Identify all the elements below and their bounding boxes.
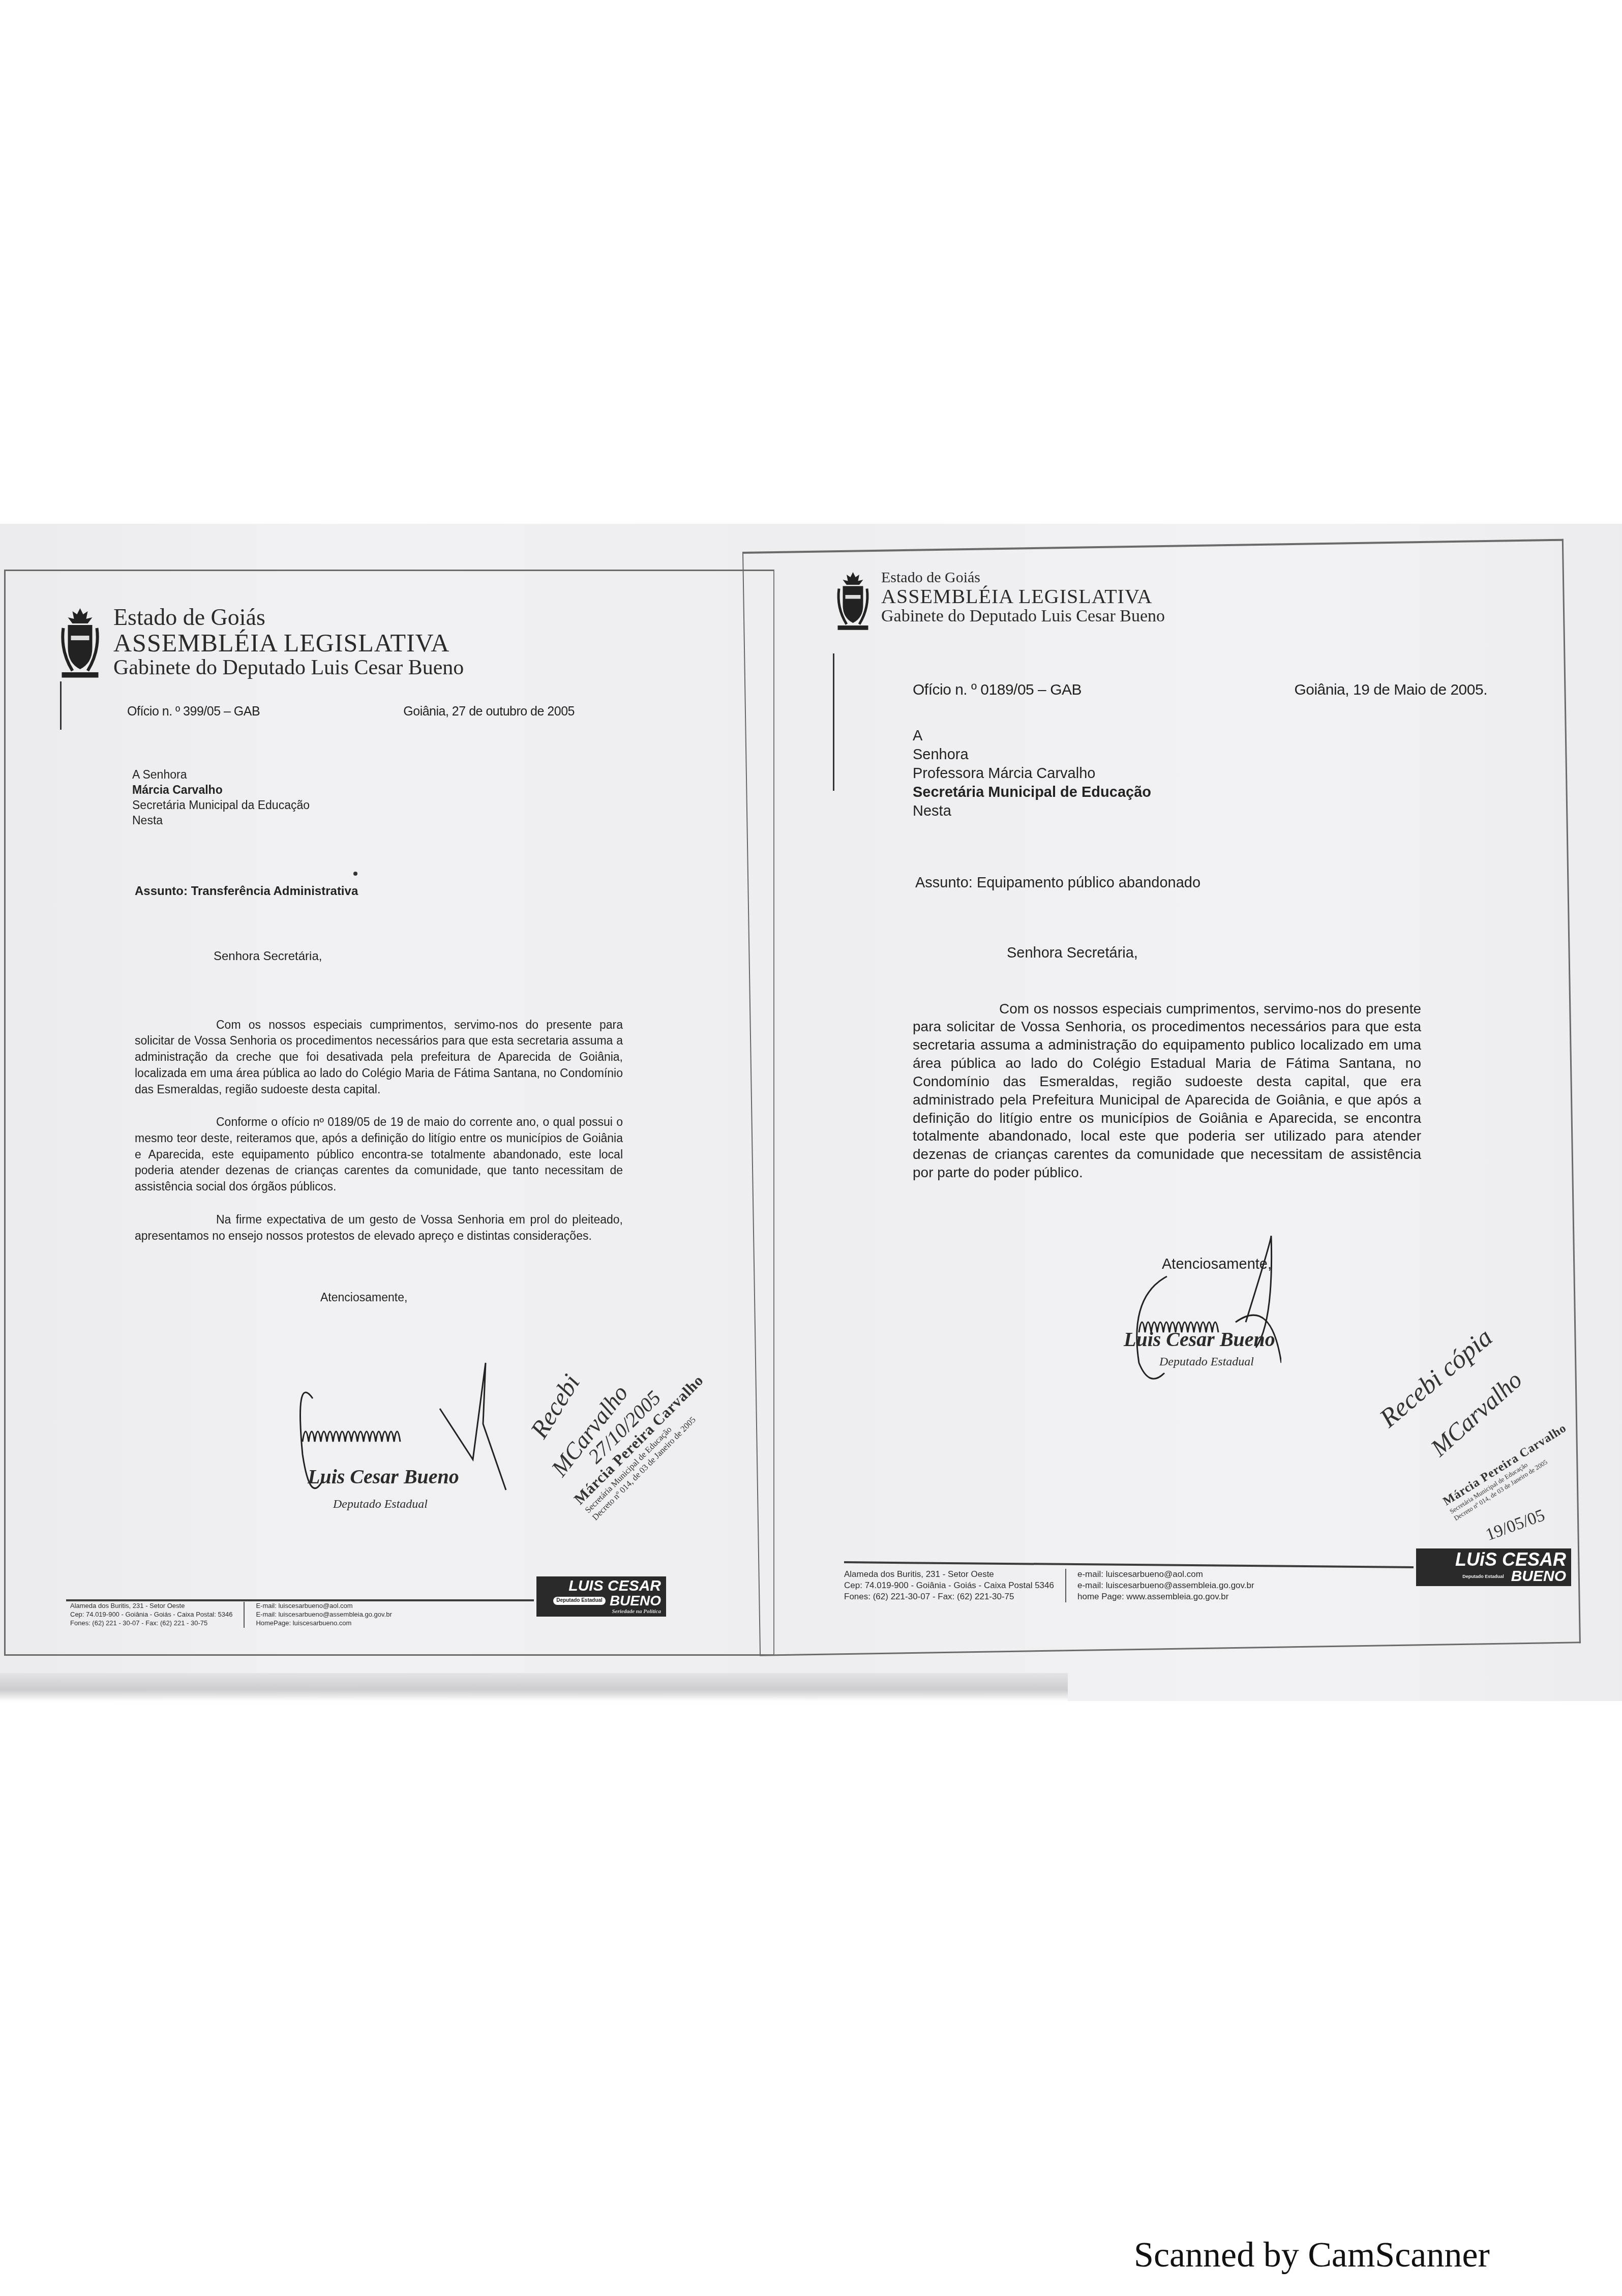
- scan-edge-shadow: [0, 1673, 1068, 1701]
- logo-badge: Deputado Estadual: [1459, 1573, 1507, 1581]
- body-paragraph: Com os nossos especiais cumprimentos, se…: [135, 1017, 623, 1098]
- margin-rule: [60, 681, 62, 730]
- footer-address: Alameda dos Buritis, 231 - Setor Oeste C…: [70, 1602, 232, 1628]
- letter-oficio-399: Estado de Goiás ASSEMBLÉIA LEGISLATIVA G…: [56, 605, 656, 1304]
- reference-number: Ofício n. º 399/05 – GAB: [127, 704, 260, 719]
- recipient-role: Secretária Municipal de Educação: [913, 783, 1525, 802]
- signatory-title: Deputado Estadual: [1159, 1355, 1254, 1369]
- logo-tagline: Seriedade na Política: [542, 1609, 661, 1615]
- letter-date: Goiânia, 19 de Maio de 2005.: [1294, 681, 1487, 699]
- closing: Atenciosamente,: [320, 1291, 656, 1304]
- stray-mark: [353, 872, 357, 876]
- goias-coat-of-arms-icon: [56, 605, 104, 681]
- footer-divider: [1065, 1569, 1066, 1602]
- body-paragraph: Conforme o ofício nº 0189/05 de 19 de ma…: [135, 1114, 623, 1195]
- recipient-block: A Senhora Professora Márcia Carvalho Sec…: [913, 727, 1525, 821]
- recipient-role: Secretária Municipal da Educação: [132, 798, 656, 813]
- candidate-logo: LUiS CESAR Deputado Estadual BUENO: [1416, 1548, 1571, 1586]
- reference-date-row: Ofício n. º 399/05 – GAB Goiânia, 27 de …: [127, 704, 661, 719]
- letterhead-cabinet: Gabinete do Deputado Luis Cesar Bueno: [881, 607, 1165, 625]
- goias-coat-of-arms-icon: [834, 570, 872, 633]
- logo-badge: Deputado Estadual: [553, 1597, 606, 1605]
- footer-divider: [244, 1602, 245, 1628]
- recipient-location: Nesta: [913, 802, 1525, 821]
- margin-rule: [833, 653, 834, 791]
- recipient-name: Márcia Carvalho: [132, 783, 656, 798]
- letterhead-cabinet: Gabinete do Deputado Luis Cesar Bueno: [113, 657, 464, 679]
- letterhead-footer: Alameda dos Buritis, 231 - Setor Oeste C…: [70, 1602, 392, 1628]
- body-paragraph: Com os nossos especiais cumprimentos, se…: [913, 1000, 1421, 1182]
- candidate-logo: LUIS CESAR Deputado Estadual BUENO Serie…: [536, 1576, 666, 1617]
- salutation: Senhora Secretária,: [214, 949, 656, 964]
- footer-contact: e-mail: luiscesarbueno@aol.com e-mail: l…: [1077, 1569, 1254, 1602]
- subject-line: Assunto: Transferência Administrativa: [135, 884, 656, 899]
- signatory-name: Luis Cesar Bueno: [1124, 1327, 1275, 1351]
- recipient-location: Nesta: [132, 813, 656, 828]
- signatory-name: Luis Cesar Bueno: [308, 1465, 459, 1488]
- letterhead-footer: Alameda dos Buritis, 231 - Setor Oeste C…: [844, 1569, 1254, 1602]
- signatory-title: Deputado Estadual: [333, 1498, 428, 1511]
- letterhead: Estado de Goiás ASSEMBLÉIA LEGISLATIVA G…: [56, 605, 656, 681]
- body-paragraph: Na firme expectativa de um gesto de Voss…: [135, 1212, 623, 1244]
- footer-address: Alameda dos Buritis, 231 - Setor Oeste C…: [844, 1569, 1054, 1602]
- letter-date: Goiânia, 27 de outubro de 2005: [403, 704, 575, 719]
- recipient-block: A Senhora Márcia Carvalho Secretária Mun…: [132, 767, 656, 828]
- letterhead-assembly: ASSEMBLÉIA LEGISLATIVA: [881, 586, 1165, 607]
- letter-oficio-0189: Estado de Goiás ASSEMBLÉIA LEGISLATIVA G…: [834, 570, 1525, 1196]
- letter-body: Com os nossos especiais cumprimentos, se…: [913, 1000, 1421, 1182]
- recipient-name: Professora Márcia Carvalho: [913, 764, 1525, 783]
- reference-date-row: Ofício n. º 0189/05 – GAB Goiânia, 19 de…: [913, 681, 1421, 699]
- letterhead-assembly: ASSEMBLÉIA LEGISLATIVA: [113, 630, 464, 657]
- scanner-watermark: Scanned by CamScanner: [1134, 2235, 1490, 2276]
- letterhead-state: Estado de Goiás: [881, 570, 1165, 586]
- letter-body: Com os nossos especiais cumprimentos, se…: [135, 1017, 623, 1244]
- subject-line: Assunto: Equipamento público abandonado: [915, 875, 1525, 891]
- footer-rule: [66, 1599, 534, 1601]
- letterhead: Estado de Goiás ASSEMBLÉIA LEGISLATIVA G…: [834, 570, 1525, 633]
- recipient-prefix: A: [913, 727, 1525, 746]
- recipient-salutation: A Senhora: [132, 767, 656, 783]
- footer-contact: E-mail: luiscesarbueno@aol.com E-mail: l…: [256, 1602, 392, 1628]
- reference-number: Ofício n. º 0189/05 – GAB: [913, 681, 1082, 699]
- salutation: Senhora Secretária,: [1007, 945, 1525, 962]
- letterhead-state: Estado de Goiás: [113, 605, 464, 630]
- recipient-salutation: Senhora: [913, 746, 1525, 764]
